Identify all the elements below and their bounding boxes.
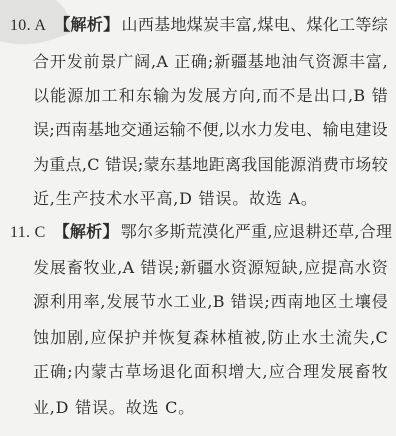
question-11-number: 11. C bbox=[10, 224, 46, 241]
question-11-line-4: 蚀加剧,应保护并恢复森林植被,防止水土流失,C bbox=[33, 327, 388, 349]
question-10-line-5: 为重点,C 错误;蒙东基地距离我国能源消费市场较 bbox=[33, 154, 388, 176]
analysis-tag: 【解析】 bbox=[54, 222, 119, 241]
question-10-line-4: 误;西南基地交通运输不便,以水力发电、输电建设 bbox=[33, 119, 388, 141]
question-10-line-1: 10. A【解析】山西基地煤炭丰富,煤电、煤化工等综 bbox=[10, 14, 388, 36]
question-10-line-3: 以能源加工和东输为发展方向,而不是出口,B 错 bbox=[33, 85, 388, 107]
question-11-line-6: 业,D 错误。故选 C。 bbox=[33, 397, 388, 419]
question-10-line-6: 近,生产技术水平高,D 错误。故选 A。 bbox=[33, 188, 388, 210]
explanation-text: 山西基地煤炭丰富,煤电、煤化工等综 bbox=[122, 15, 389, 34]
question-11-line-2: 发展畜牧业,A 错误;新疆水资源短缺,应提高水资 bbox=[33, 257, 388, 279]
question-10-number: 10. A bbox=[10, 17, 46, 34]
question-11-line-1: 11. C【解析】鄂尔多斯荒漠化严重,应退耕还草,合理 bbox=[10, 221, 388, 243]
explanation-text: 鄂尔多斯荒漠化严重,应退耕还草,合理 bbox=[121, 222, 393, 241]
question-10-line-2: 合开发前景广阔,A 正确;新疆基地油气资源丰富, bbox=[33, 51, 388, 73]
answer-explanation-page: 10. A【解析】山西基地煤炭丰富,煤电、煤化工等综 合开发前景广阔,A 正确;… bbox=[0, 0, 396, 436]
analysis-tag: 【解析】 bbox=[54, 15, 119, 34]
question-11-line-3: 源利用率,发展节水工业,B 错误;西南地区土壤侵 bbox=[33, 291, 388, 313]
question-11-line-5: 正确;内蒙古草场退化面积增大,应合理发展畜牧 bbox=[33, 361, 388, 383]
